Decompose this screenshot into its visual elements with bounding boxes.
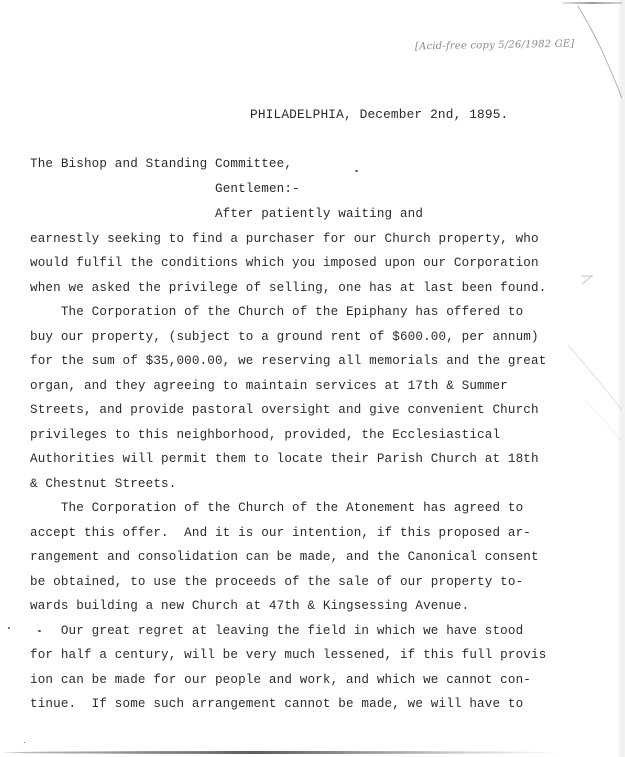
letter-line: Authorities will permit them to locate t…	[30, 452, 539, 466]
letter-line: Our great regret at leaving the field in…	[30, 624, 523, 638]
letter-line: Streets, and provide pastoral oversight …	[30, 403, 539, 417]
dateline: PHILADELPHIA, December 2nd, 1895.	[250, 107, 508, 122]
letter-line: when we asked the privilege of selling, …	[30, 281, 546, 295]
letter-line: & Chestnut Streets.	[30, 477, 176, 491]
letter-line: organ, and they agreeing to maintain ser…	[30, 379, 508, 393]
letter-line: for the sum of $35,000.00, we reserving …	[30, 354, 546, 368]
letter-line: wards building a new Church at 47th & Ki…	[30, 599, 469, 613]
letter-line: for half a century, will be very much le…	[30, 648, 546, 662]
letter-page: [Acid-free copy 5/26/1982 GE] PHILADELPH…	[0, 0, 625, 757]
letter-line: After patiently waiting and	[30, 207, 423, 221]
letter-line: accept this offer. And it is our intenti…	[30, 526, 531, 540]
letter-line: The Corporation of the Church of the Ato…	[30, 501, 523, 515]
stray-mark	[24, 742, 25, 743]
letter-line: would fulfil the conditions which you im…	[30, 256, 539, 270]
letter-line: be obtained, to use the proceeds of the …	[30, 575, 523, 589]
letter-line: earnestly seeking to find a purchaser fo…	[30, 232, 539, 246]
letter-line: The Corporation of the Church of the Epi…	[30, 305, 523, 319]
salutation: Gentlemen:-	[215, 182, 300, 196]
letter-line: rangement and consolidation can be made,…	[30, 550, 539, 564]
stray-mark	[38, 630, 41, 632]
stray-mark	[8, 627, 10, 629]
letter-line: buy our property, (subject to a ground r…	[30, 330, 539, 344]
letter-line: ion can be made for our people and work,…	[30, 673, 531, 687]
stray-mark	[355, 170, 358, 172]
letter-line: tinue. If some such arrangement cannot b…	[30, 697, 523, 711]
letter-line: privileges to this neighborhood, provide…	[30, 428, 500, 442]
addressee: The Bishop and Standing Committee,	[30, 157, 292, 171]
